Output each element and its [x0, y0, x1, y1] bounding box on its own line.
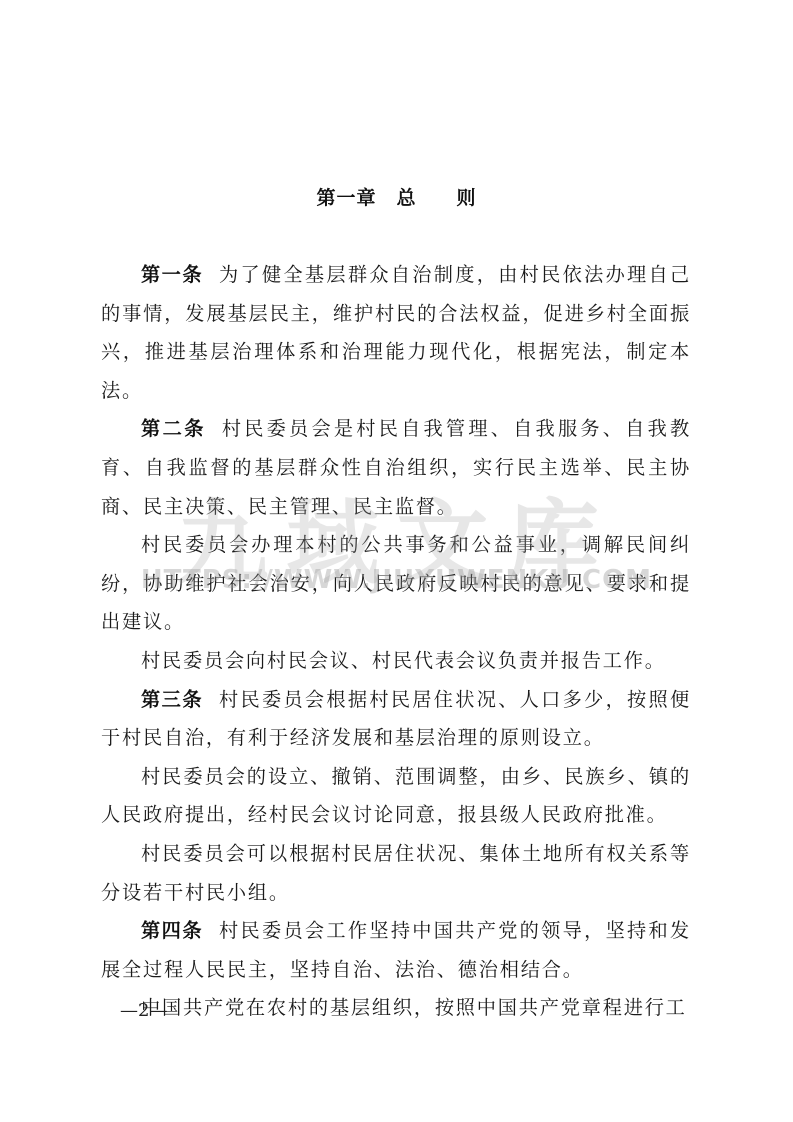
document-body: 第一条为了健全基层群众自治制度，由村民依法办理自己的事情，发展基层民主，维护村民… [101, 256, 691, 1028]
paragraph: 村民委员会向村民会议、村民代表会议负责并报告工作。 [101, 642, 691, 681]
paragraph: 村民委员会的设立、撤销、范围调整，由乡、民族乡、镇的人民政府提出，经村民会议讨论… [101, 758, 691, 835]
document-page: 第一章 总 则 第一条为了健全基层群众自治制度，由村民依法办理自己的事情，发展基… [0, 0, 793, 1122]
paragraph-text: 村民委员会办理本村的公共事务和公益事业，调解民间纠纷，协助维护社会治安，向人民政… [101, 533, 691, 633]
paragraph-article-1: 第一条为了健全基层群众自治制度，由村民依法办理自己的事情，发展基层民主，维护村民… [101, 256, 691, 410]
article-label: 第二条 [141, 417, 206, 440]
paragraph-text: 村民委员会可以根据村民居住状况、集体土地所有权关系等分设若干村民小组。 [101, 842, 691, 904]
chapter-title: 第一章 总 则 [0, 183, 793, 210]
paragraph-text: 中国共产党在农村的基层组织，按照中国共产党章程进行工 [141, 996, 687, 1019]
paragraph-text: 村民委员会向村民会议、村民代表会议负责并报告工作。 [141, 649, 666, 672]
page-number: —2— [120, 1000, 167, 1021]
article-label: 第一条 [141, 263, 203, 286]
paragraph-article-2: 第二条村民委员会是村民自我管理、自我服务、自我教育、自我监督的基层群众性自治组织… [101, 410, 691, 526]
paragraph: 中国共产党在农村的基层组织，按照中国共产党章程进行工 [101, 989, 691, 1028]
paragraph: 村民委员会办理本村的公共事务和公益事业，调解民间纠纷，协助维护社会治安，向人民政… [101, 526, 691, 642]
article-label: 第四条 [141, 919, 203, 942]
paragraph-article-4: 第四条村民委员会工作坚持中国共产党的领导，坚持和发展全过程人民民主，坚持自治、法… [101, 912, 691, 989]
paragraph-text: 村民委员会的设立、撤销、范围调整，由乡、民族乡、镇的人民政府提出，经村民会议讨论… [101, 765, 691, 827]
paragraph: 村民委员会可以根据村民居住状况、集体土地所有权关系等分设若干村民小组。 [101, 835, 691, 912]
paragraph-article-3: 第三条村民委员会根据村民居住状况、人口多少，按照便于村民自治，有利于经济发展和基… [101, 681, 691, 758]
article-label: 第三条 [141, 688, 203, 711]
